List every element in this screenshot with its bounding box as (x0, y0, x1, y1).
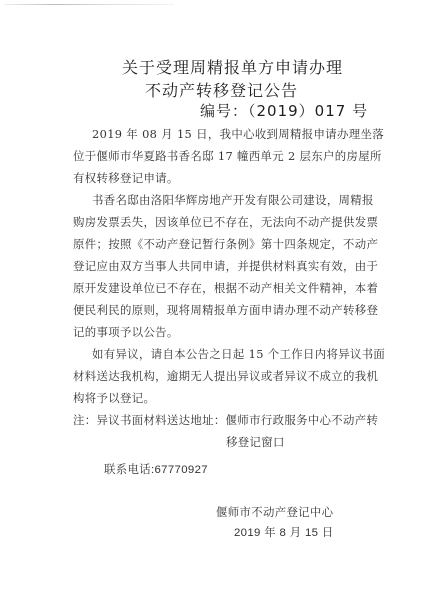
text-line: 书香名邸由洛阳华辉房地产开发有限公司建设，周精报 (92, 192, 374, 208)
signature-org: 偃师市不动产登记中心 (216, 504, 333, 520)
text-line: 便民利民的原则，现将周精报单方面申请办理不动产转移登 (73, 302, 378, 318)
scan-artifact-line (4, 4, 174, 5)
signature-date: 2019 年 8 月 15 日 (234, 524, 334, 540)
text-line: 记的事项予以公告。 (73, 324, 179, 340)
text-line: 材料送达我机构，逾期无人提出异议或者异议不成立的我机 (73, 368, 378, 384)
title-line-2: 不动产转移登记公告 (145, 78, 298, 101)
text-line: 原开发建设单位已不存在，根据不动产相关文件精神，本着 (73, 280, 378, 296)
text-line: 如有异议，请自本公告之日起 15 个工作日内将异议书面 (92, 346, 385, 362)
text-line: 有权转移登记申请。 (73, 170, 179, 186)
title-line-1: 关于受理周精报单方申请办理 (122, 55, 343, 78)
note-line: 移登记窗口 (226, 434, 285, 450)
text-line: 位于偃师市华夏路书香名邸 17 幢西单元 2 层东户的房屋所 (73, 148, 382, 164)
text-line: 2019 年 08 月 15 日，我中心收到周精报申请办理坐落 (92, 126, 384, 142)
text-line: 原件；按照《不动产登记暂行条例》第十四条规定，不动产 (73, 236, 378, 252)
contact-phone: 联系电话:67770927 (104, 461, 208, 477)
note-line: 注：异议书面材料送达地址：偃师市行政服务中心不动产转 (73, 412, 378, 428)
text-line: 购房发票丢失，因该单位已不存在，无法向不动产提供发票 (73, 214, 378, 230)
text-line: 构将予以登记。 (73, 390, 155, 406)
text-line: 登记应由双方当事人共同申请，并提供材料真实有效，由于 (73, 258, 378, 274)
document-number: 编号：（2019）017 号 (200, 100, 368, 121)
